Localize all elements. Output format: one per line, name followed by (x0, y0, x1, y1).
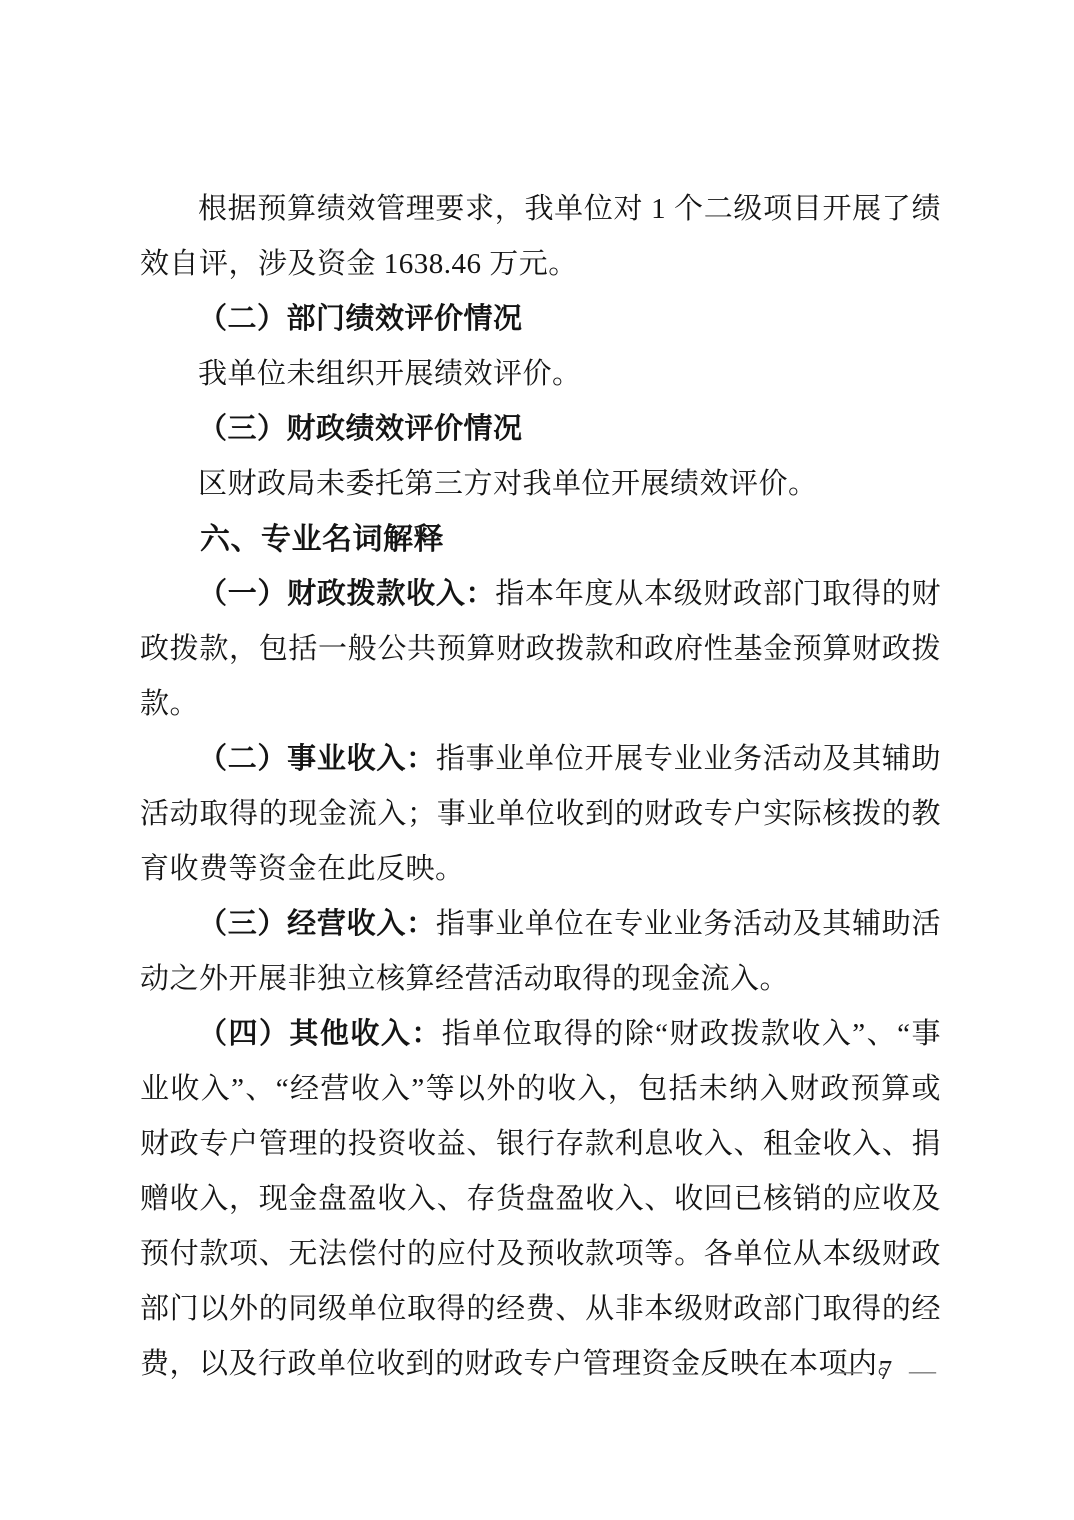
fiscal-eval-paragraph: 区财政局未委托第三方对我单位开展绩效评价。 (140, 457, 941, 512)
page-number-dash-right: — (909, 1355, 941, 1385)
dept-eval-paragraph: 我单位未组织开展绩效评价。 (140, 347, 941, 402)
definition-body-other-income: 指单位取得的除“财政拨款收入”、“事业收入”、“经营收入”等以外的收入，包括未纳… (140, 1018, 941, 1380)
definition-term-business-income: （三）经营收入： (198, 908, 436, 940)
page-number-dash-left: — (835, 1355, 867, 1385)
section-heading-fiscal-eval: （三）财政绩效评价情况 (140, 402, 941, 457)
document-page: 根据预算绩效管理要求，我单位对 1 个二级项目开展了绩效自评，涉及资金 1638… (0, 0, 1074, 1520)
page-number: — 7 — (835, 1350, 941, 1390)
definition-other-income: （四）其他收入：指单位取得的除“财政拨款收入”、“事业收入”、“经营收入”等以外… (140, 1007, 941, 1392)
definition-fiscal-appropriation-income: （一）财政拨款收入：指本年度从本级财政部门取得的财政拨款，包括一般公共预算财政拨… (140, 567, 941, 732)
document-body: 根据预算绩效管理要求，我单位对 1 个二级项目开展了绩效自评，涉及资金 1638… (140, 182, 941, 1392)
definition-operational-income: （二）事业收入：指事业单位开展专业业务活动及其辅助活动取得的现金流入；事业单位收… (140, 732, 941, 897)
section-heading-dept-eval: （二）部门绩效评价情况 (140, 292, 941, 347)
definition-term-operational-income: （二）事业收入： (198, 743, 436, 775)
definition-term-fiscal-appropriation-income: （一）财政拨款收入： (198, 578, 495, 610)
page-number-value: 7 (879, 1355, 898, 1385)
definition-term-other-income: （四）其他收入： (198, 1018, 442, 1050)
section-heading-glossary: 六、专业名词解释 (140, 512, 941, 567)
intro-paragraph: 根据预算绩效管理要求，我单位对 1 个二级项目开展了绩效自评，涉及资金 1638… (140, 182, 941, 292)
definition-business-income: （三）经营收入：指事业单位在专业业务活动及其辅助活动之外开展非独立核算经营活动取… (140, 897, 941, 1007)
